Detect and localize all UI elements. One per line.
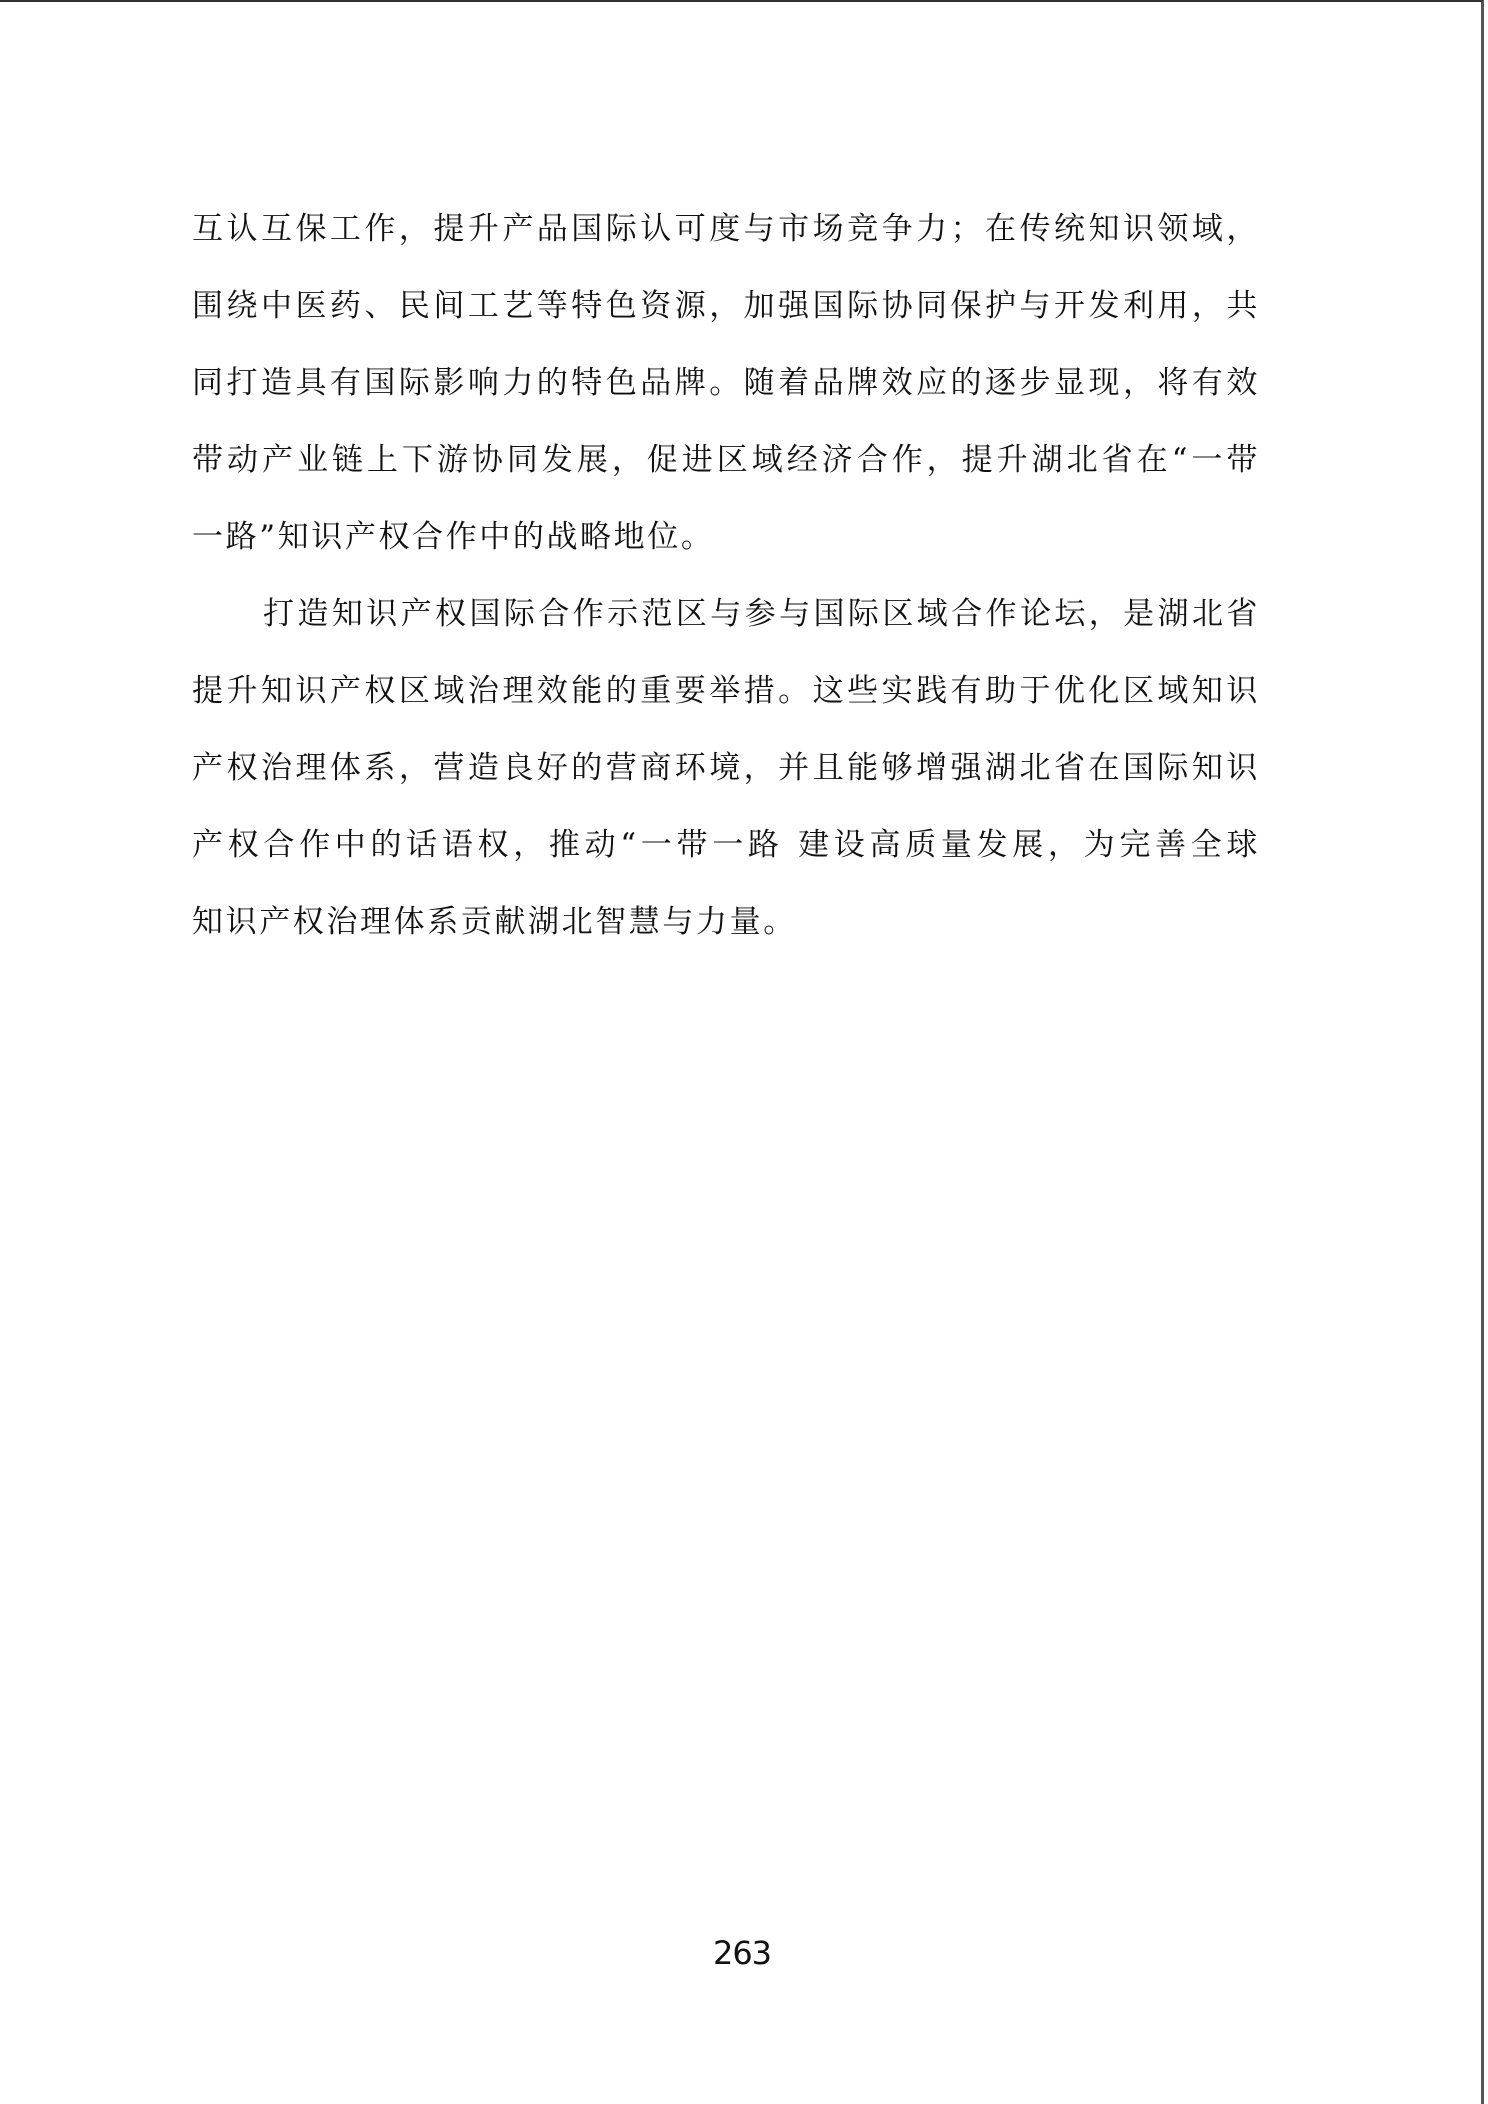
text-line: 同打造具有国际影响力的特色品牌。随着品牌效应的逐步显现，将有效	[192, 345, 1260, 422]
text-line: 一路”知识产权合作中的战略地位。	[192, 499, 1260, 576]
text-line: 带动产业链上下游协同发展，促进区域经济合作，提升湖北省在“一带	[192, 422, 1260, 499]
body-text: 互认互保工作，提升产品国际认可度与市场竞争力；在传统知识领域， 围绕中医药、民间…	[192, 191, 1260, 961]
text-line: 围绕中医药、民间工艺等特色资源，加强国际协同保护与开发利用，共	[192, 268, 1260, 345]
text-line: 产权合作中的话语权，推动“一带一路 建设高质量发展，为完善全球	[192, 807, 1260, 884]
text-line: 互认互保工作，提升产品国际认可度与市场竞争力；在传统知识领域，	[192, 191, 1260, 268]
page-number: 263	[0, 1934, 1484, 1972]
text-line: 产权治理体系，营造良好的营商环境，并且能够增强湖北省在国际知识	[192, 730, 1260, 807]
text-line: 提升知识产权区域治理效能的重要举措。这些实践有助于优化区域知识	[192, 653, 1260, 730]
text-line: 知识产权治理体系贡献湖北智慧与力量。	[192, 884, 1260, 961]
text-line: 打造知识产权国际合作示范区与参与国际区域合作论坛，是湖北省	[192, 576, 1260, 653]
document-page: 互认互保工作，提升产品国际认可度与市场竞争力；在传统知识领域， 围绕中医药、民间…	[0, 0, 1484, 2104]
paragraph-2: 打造知识产权国际合作示范区与参与国际区域合作论坛，是湖北省 提升知识产权区域治理…	[192, 576, 1260, 961]
paragraph-1: 互认互保工作，提升产品国际认可度与市场竞争力；在传统知识领域， 围绕中医药、民间…	[192, 191, 1260, 576]
